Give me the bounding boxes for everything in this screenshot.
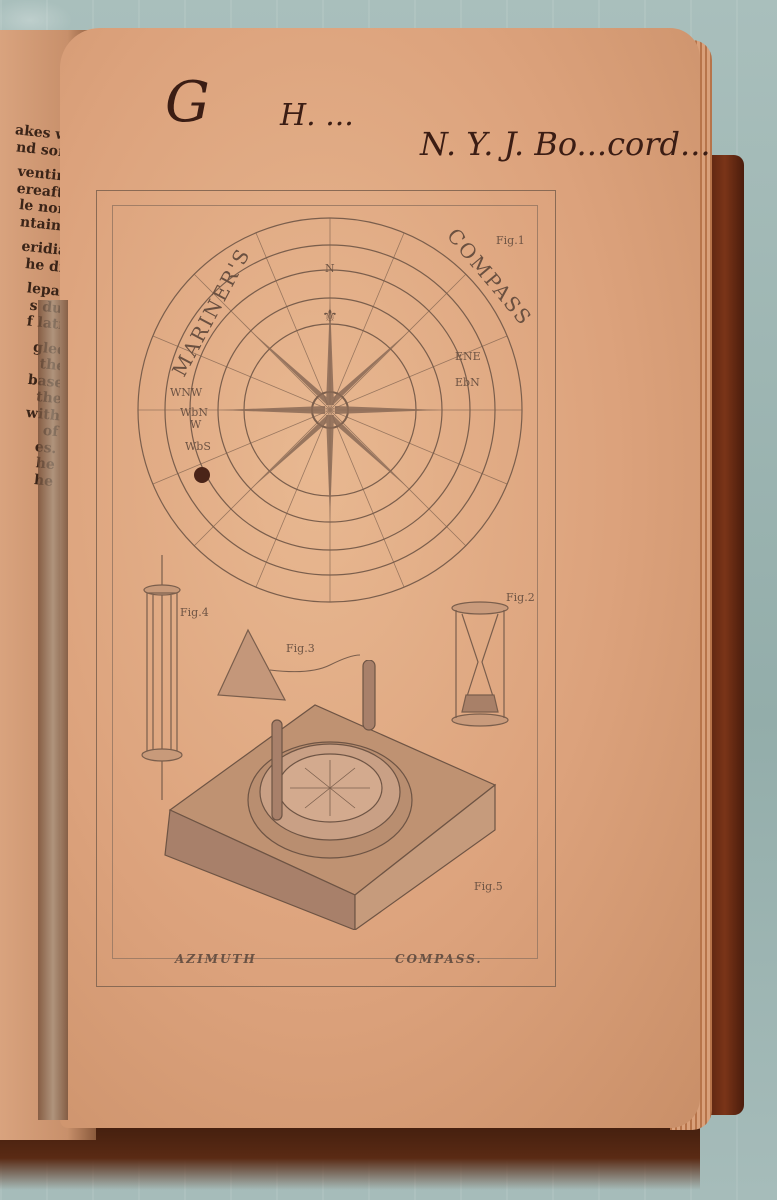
- fig1-label: Fig.1: [496, 234, 525, 247]
- plate-caption-right: COMPASS.: [395, 952, 483, 966]
- fig3-label: Fig.3: [286, 642, 315, 655]
- compass-point-label: N: [325, 262, 335, 275]
- fig5-label: Fig.5: [474, 880, 503, 893]
- compass-point-label: EbN: [455, 376, 480, 389]
- fig5-azimuth-compass-illustration: [160, 660, 500, 930]
- mariners-compass-rose: ⚜: [0, 0, 777, 1200]
- fig2-label: Fig.2: [506, 591, 535, 604]
- plate-caption-left: AZIMUTH: [175, 952, 257, 966]
- compass-point-label: ENE: [455, 350, 481, 363]
- ink-stain: [194, 467, 210, 483]
- svg-text:⚜: ⚜: [322, 306, 338, 327]
- compass-point-label: WbS: [185, 440, 211, 453]
- compass-point-label: WNW: [170, 386, 202, 399]
- compass-point-label: W: [190, 418, 201, 431]
- fig4-label: Fig.4: [180, 606, 209, 619]
